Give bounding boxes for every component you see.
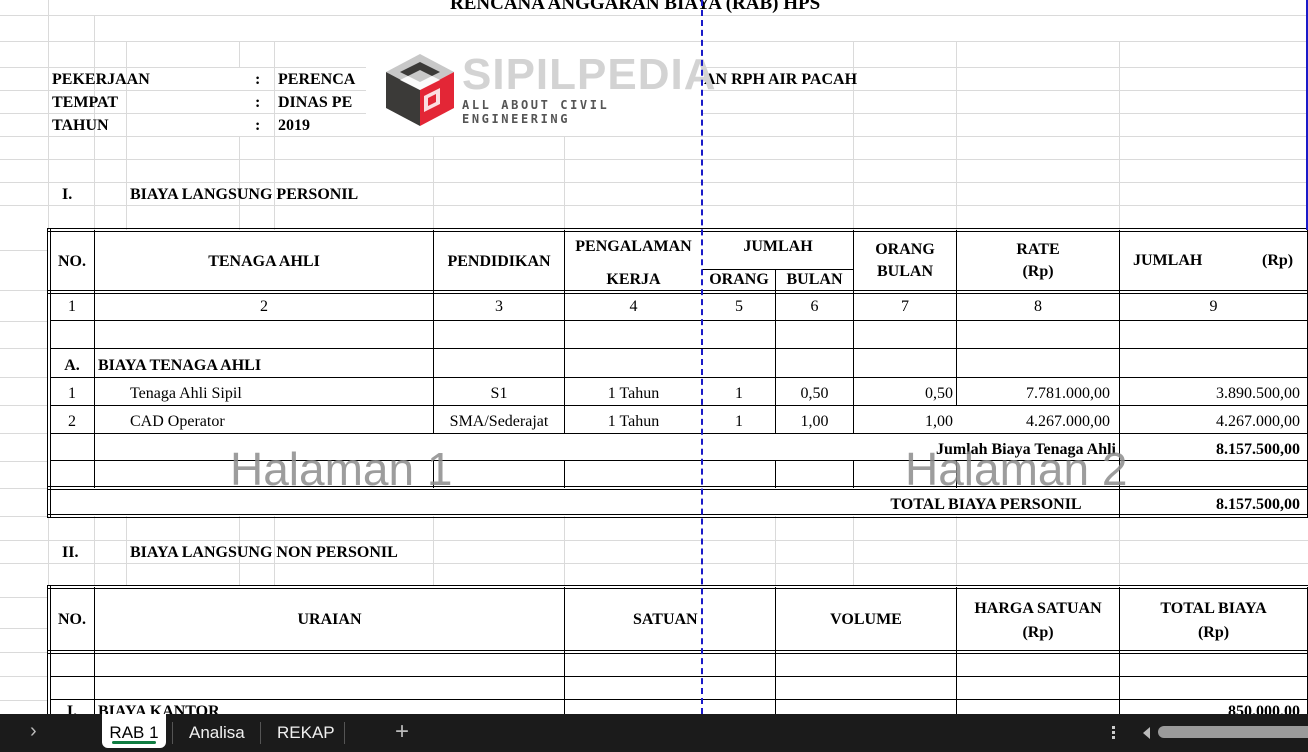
col-header-orang-bulan: ORANG (854, 241, 956, 259)
gridline (956, 41, 957, 230)
row-orang: 1 (703, 413, 775, 431)
page-label-2: Halaman 2 (905, 442, 1127, 496)
row-jumlah: 4.267.000,00 (1120, 413, 1300, 431)
col-header-pendidikan: PENDIDIKAN (434, 253, 564, 271)
sheet-tab-bar: › RAB 1 Analisa REKAP + (0, 714, 1308, 752)
gridline (126, 516, 127, 586)
table-border (775, 587, 776, 714)
col-header-pengalaman: PENGALAMAN (565, 238, 702, 256)
spreadsheet-grid[interactable]: RENCANA ANGGARAN BIAYA (RAB) HPS PEKERJA… (0, 0, 1308, 714)
table-border (775, 269, 776, 433)
gridline (564, 516, 565, 586)
total-label: TOTAL BIAYA PERSONIL (853, 496, 1119, 514)
col-number: 3 (434, 298, 564, 316)
gridline (0, 433, 47, 434)
vertical-ellipsis-icon[interactable] (1112, 726, 1116, 739)
info-label-tempat: TEMPAT (52, 94, 118, 112)
gridline (0, 563, 1308, 564)
info-value-pekerjaan-cont: AN RPH AIR PACAH (704, 71, 857, 89)
info-label-tahun: TAHUN (52, 117, 109, 135)
gridline (0, 628, 47, 629)
row-no: 1 (50, 385, 94, 403)
gridline (0, 290, 47, 291)
col-header-total-biaya: TOTAL BIAYA (1120, 600, 1307, 618)
col-header-satuan: SATUAN (633, 611, 698, 629)
col-header-orang-bulan-2: BULAN (854, 263, 956, 281)
item-value: 850.000,00 (1120, 703, 1300, 714)
gridline (0, 461, 47, 462)
col-header-orang: ORANG (703, 271, 775, 289)
sipilpedia-cube-icon (380, 48, 460, 128)
group-title: BIAYA TENAGA AHLI (98, 357, 261, 375)
tab-separator (260, 722, 261, 744)
gridline (0, 377, 47, 378)
row-pengalaman: 1 Tahun (565, 385, 702, 403)
gridline (0, 348, 47, 349)
tab-separator (344, 722, 345, 744)
row-rate: 4.267.000,00 (957, 413, 1110, 431)
tab-rab-1[interactable]: RAB 1 (102, 714, 166, 748)
col-header-bulan: BULAN (776, 271, 853, 289)
table-border (775, 460, 776, 488)
col-header-uraian: URAIAN (95, 611, 564, 629)
row-name: CAD Operator (130, 413, 225, 431)
gridline (239, 41, 240, 67)
chevron-right-icon[interactable]: › (30, 720, 37, 743)
active-tab-indicator (112, 741, 156, 744)
col-header-tenaga-ahli: TENAGA AHLI (95, 253, 433, 271)
row-pengalaman: 1 Tahun (565, 413, 702, 431)
col-number: 8 (957, 298, 1119, 316)
gridline (564, 136, 565, 230)
tab-label: REKAP (277, 723, 335, 742)
gridline (0, 250, 47, 251)
tab-label: RAB 1 (109, 723, 158, 742)
tab-rekap[interactable]: REKAP (277, 714, 335, 746)
row-bulan: 0,50 (776, 385, 853, 403)
gridline (853, 41, 854, 230)
col-number: 5 (703, 298, 775, 316)
row-orang-bulan: 0,50 (854, 385, 953, 403)
col-header-harga-satuan: HARGA SATUAN (957, 600, 1119, 618)
table-border (853, 460, 854, 488)
info-value-tahun: 2019 (278, 117, 310, 135)
tab-analisa[interactable]: Analisa (189, 714, 245, 746)
section2-number: II. (62, 544, 78, 562)
row-no: 2 (50, 413, 94, 431)
col-number: 2 (95, 298, 433, 316)
col-header-no: NO. (50, 611, 94, 629)
item-number: I. (50, 703, 94, 714)
sipilpedia-logo: SIPILPEDIA ALL ABOUT CIVIL ENGINEERING (366, 42, 702, 134)
logo-brand: SIPILPEDIA (462, 50, 717, 100)
gridline (0, 182, 1308, 183)
row-orang: 1 (703, 385, 775, 403)
gridline (853, 516, 854, 586)
page-break-line (701, 0, 703, 714)
row-orang-bulan: 1,00 (854, 413, 953, 431)
row-name: Tenaga Ahli Sipil (130, 385, 242, 403)
gridline (433, 516, 434, 586)
col-header-volume: VOLUME (776, 611, 956, 629)
tab-label: Analisa (189, 723, 245, 742)
gridline (0, 516, 47, 517)
gridline (1119, 41, 1120, 230)
col-number: 9 (1120, 298, 1307, 316)
total-value: 8.157.500,00 (1120, 496, 1300, 514)
gridline (126, 41, 127, 230)
gridline (94, 516, 95, 586)
col-header-kerja: KERJA (565, 271, 702, 289)
gridline (0, 540, 1308, 541)
gridline (0, 488, 47, 489)
row-jumlah: 3.890.500,00 (1120, 385, 1300, 403)
horizontal-scrollbar[interactable] (1158, 726, 1308, 738)
info-value-tempat: DINAS PE (278, 94, 352, 112)
info-label-pekerjaan: PEKERJAAN (52, 71, 150, 89)
table-border (47, 585, 51, 714)
item-title: BIAYA KANTOR (98, 703, 220, 714)
col-number: 1 (50, 298, 94, 316)
col-header-jumlah-rp-unit: (Rp) (1262, 252, 1293, 270)
section1-title: BIAYA LANGSUNG PERSONIL (130, 186, 358, 204)
row-rate: 7.781.000,00 (957, 385, 1110, 403)
table-border (564, 587, 565, 714)
row-pendidikan: SMA/Sederajat (434, 413, 564, 431)
gridline (0, 159, 1308, 160)
table-border (564, 460, 565, 488)
gridline (0, 652, 47, 653)
tab-separator (172, 722, 173, 744)
gridline (0, 321, 47, 322)
gridline (956, 516, 957, 586)
gridline (0, 205, 1308, 206)
col-number: 7 (854, 298, 956, 316)
logo-tagline: ALL ABOUT CIVIL ENGINEERING (462, 98, 702, 126)
col-header-rate: RATE (957, 241, 1119, 259)
gridline (0, 136, 1308, 137)
col-header-jumlah-rp: JUMLAH (1133, 252, 1202, 270)
info-colon: : (255, 117, 260, 135)
gridline (0, 405, 47, 406)
gridline (48, 0, 49, 230)
col-header-no: NO. (50, 253, 94, 271)
col-header-jumlah: JUMLAH (703, 238, 853, 256)
plus-icon[interactable]: + (395, 718, 409, 746)
section1-number: I. (62, 186, 72, 204)
col-header-total-biaya-rp: (Rp) (1120, 624, 1307, 642)
row-pendidikan: S1 (434, 385, 564, 403)
row-bulan: 1,00 (776, 413, 853, 431)
scroll-left-icon[interactable] (1143, 727, 1150, 739)
group-number: A. (50, 357, 94, 375)
gridline (0, 676, 47, 677)
table-border (94, 587, 95, 714)
col-header-harga-satuan-rp: (Rp) (957, 624, 1119, 642)
document-title: RENCANA ANGGARAN BIAYA (RAB) HPS (450, 0, 820, 14)
gridline (48, 516, 49, 586)
col-header-rate-rp: (Rp) (957, 263, 1119, 281)
gridline (0, 597, 47, 598)
gridline (239, 136, 240, 230)
subtotal-value: 8.157.500,00 (1120, 441, 1300, 459)
info-value-pekerjaan: PERENCA (278, 71, 355, 89)
gridline (775, 516, 776, 586)
info-colon: : (255, 71, 260, 89)
gridline (1119, 516, 1120, 586)
col-number: 6 (776, 298, 853, 316)
col-number: 4 (565, 298, 702, 316)
gridline (0, 700, 47, 701)
table-border (702, 269, 853, 270)
section2-title: BIAYA LANGSUNG NON PERSONIL (130, 544, 398, 562)
page-label-1: Halaman 1 (230, 442, 452, 496)
info-colon: : (255, 94, 260, 112)
gridline (433, 136, 434, 230)
gridline (0, 15, 1308, 16)
